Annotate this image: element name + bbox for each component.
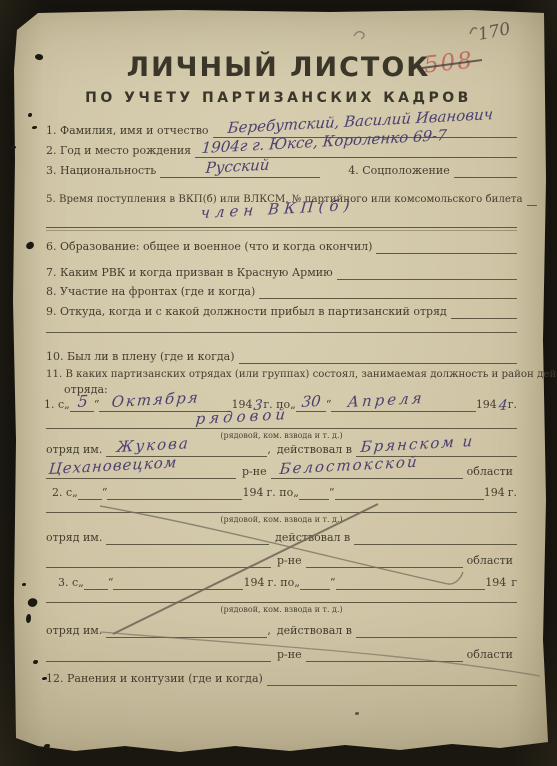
- record3-unit-line: [106, 624, 267, 638]
- record2-day2-line: [299, 486, 329, 500]
- record3-unit-row: отряд им. , действовал в: [46, 624, 517, 638]
- record2-acted-label: действовал в: [269, 532, 354, 545]
- field-nationality-social: 3. Национальность Русский 4. Соцположени…: [46, 164, 517, 178]
- record1-month2-hand: Апреля: [347, 391, 425, 410]
- form-title: ЛИЧНЫЙ ЛИСТОК: [0, 52, 557, 83]
- record3-mid: г. по: [264, 577, 294, 590]
- record1-oblast-line: Белостокской: [271, 465, 463, 479]
- record2-rne-label: р-не: [271, 555, 306, 568]
- record3-day-line: [84, 576, 108, 590]
- record1-district-row: Цехановецком р-не Белостокской области: [46, 465, 517, 479]
- field-arrival-rule: [46, 332, 517, 333]
- record2-rank-rule: [46, 512, 517, 513]
- record1-unit-hand: Жукова: [116, 436, 190, 455]
- record3-unit-label: отряд им.: [46, 625, 106, 638]
- field-rvk-label: 7. Каким РВК и когда призван в Красную А…: [46, 267, 337, 280]
- field-social-label: 4. Соцположение: [320, 165, 453, 178]
- record2-district-row: р-не области: [46, 554, 517, 568]
- field-captivity: 10. Был ли в плену (где и когда): [46, 350, 517, 364]
- field-birth: 2. Год и место рождения 1904г г. Юксе, К…: [46, 144, 517, 158]
- record2-rank-caption: (рядовой, ком. взвода и т. д.): [46, 515, 517, 524]
- record2-day-line: [78, 486, 102, 500]
- record2-acted-line: [354, 531, 517, 545]
- field-rvk-line: [337, 266, 517, 280]
- record3-year-print: 194: [243, 577, 264, 590]
- record1-day-hand: 5: [77, 393, 89, 410]
- record2-unit-line: [106, 531, 269, 545]
- record2-month-line: [107, 486, 242, 500]
- record1-month2-line: Апреля: [331, 398, 475, 412]
- record1-year2-print: 194: [476, 399, 497, 412]
- record2-district-line: [46, 554, 271, 568]
- record1-oblast-label: области: [463, 466, 517, 479]
- record3-day2-line: [300, 576, 330, 590]
- record1-rne-label: р-не: [236, 466, 271, 479]
- document-scan: 170 508 ЛИЧНЫЙ ЛИСТОК ПО УЧЕТУ ПАРТИЗАНС…: [0, 0, 557, 766]
- record2-year-print: 194: [242, 487, 263, 500]
- field-rvk: 7. Каким РВК и когда призван в Красную А…: [46, 266, 517, 280]
- record3-acted-label: действовал в: [271, 625, 356, 638]
- record1-district-hand: Цехановецком: [48, 455, 178, 477]
- record3-acted-line: [356, 624, 517, 638]
- record3-end: г: [506, 577, 517, 590]
- field-education: 6. Образование: общее и военное (что и к…: [46, 240, 517, 254]
- record3-oblast-label: области: [463, 649, 517, 662]
- field-units-label: 11. В каких партизанских отрядах (или гр…: [46, 369, 557, 381]
- field-party-rule: [46, 227, 517, 228]
- record2-unit-label: отряд им.: [46, 532, 106, 545]
- record1-day2-hand: 30: [301, 394, 321, 410]
- record2-year2-print: 194: [484, 487, 505, 500]
- field-party-line: [527, 192, 537, 206]
- field-wounds: 12. Ранения и контузии (где и когда): [46, 672, 517, 686]
- field-surname-label: 1. Фамилия, имя и отчество: [46, 125, 213, 138]
- record2-month2-line: [335, 486, 484, 500]
- record1-district-line: Цехановецком: [46, 465, 236, 479]
- record1-year2-hand: 4: [498, 398, 508, 413]
- record3-rne-label: р-не: [271, 649, 306, 662]
- record3-year2-print: 194: [485, 577, 506, 590]
- ink-speck: [128, 748, 133, 752]
- record3-month-line: [113, 576, 243, 590]
- record1-month-hand: Октября: [111, 390, 200, 410]
- record3-oblast-line: [306, 648, 463, 662]
- record1-unit-label: отряд им.: [46, 444, 106, 457]
- field-wounds-line: [267, 672, 517, 686]
- field-nationality-label: 3. Национальность: [46, 165, 160, 178]
- field-fronts-label: 8. Участие на фронтах (где и когда): [46, 286, 259, 299]
- field-birth-line: 1904г г. Юксе, Короленко 69-7: [195, 144, 517, 158]
- field-education-line: [376, 240, 517, 254]
- field-arrival-line: [451, 305, 517, 319]
- record2-dates: 2. с „ “ 194 г. по „ “ 194 г.: [52, 486, 517, 500]
- record2-mid: г. по: [263, 487, 293, 500]
- field-nationality-handwriting: Русский: [205, 158, 270, 176]
- record1-day2-line: 30: [296, 398, 326, 412]
- field-arrival: 9. Откуда, когда и с какой должности при…: [46, 305, 517, 319]
- field-party-rule-double: [46, 230, 517, 231]
- record2-unit-row: отряд им. действовал в: [46, 531, 517, 545]
- record2-oblast-line: [306, 554, 463, 568]
- field-arrival-label: 9. Откуда, когда и с какой должности при…: [46, 306, 451, 319]
- record2-oblast-label: области: [463, 555, 517, 568]
- record3-index: 3. с: [58, 577, 78, 590]
- record3-district-row: р-не области: [46, 648, 517, 662]
- field-nationality-line: Русский: [160, 164, 320, 178]
- record1-end: г.: [508, 399, 517, 412]
- field-education-label: 6. Образование: общее и военное (что и к…: [46, 241, 376, 254]
- field-fronts: 8. Участие на фронтах (где и когда): [46, 285, 517, 299]
- field-captivity-line: [239, 350, 518, 364]
- record1-unit-row: отряд им. Жукова , действовал в Брянском…: [46, 443, 517, 457]
- field-fronts-line: [259, 285, 517, 299]
- record1-index: 1. с: [44, 399, 64, 412]
- record2-end: г.: [505, 487, 517, 500]
- record3-rank-rule: [46, 602, 517, 603]
- record3-dates: 3. с „ “ 194 г. по „ “ 194 г: [58, 576, 517, 590]
- field-wounds-label: 12. Ранения и контузии (где и когда): [46, 673, 267, 686]
- record3-month2-line: [336, 576, 486, 590]
- field-birth-label: 2. Год и место рождения: [46, 145, 195, 158]
- record2-index: 2. с: [52, 487, 72, 500]
- record1-day-line: 5: [70, 398, 94, 412]
- field-captivity-label: 10. Был ли в плену (где и когда): [46, 351, 239, 364]
- record1-oblast-hand: Белостокской: [279, 455, 419, 477]
- field-social-line: [454, 164, 517, 178]
- record1-acted-label: действовал в: [271, 444, 356, 457]
- record3-rank-caption: (рядовой, ком. взвода и т. д.): [46, 605, 517, 614]
- form-subtitle: ПО УЧЕТУ ПАРТИЗАНСКИХ КАДРОВ: [0, 90, 557, 106]
- record3-district-line: [46, 648, 271, 662]
- record1-rank-rule: [46, 428, 517, 429]
- field-units-heading: 11. В каких партизанских отрядах (или гр…: [46, 369, 517, 381]
